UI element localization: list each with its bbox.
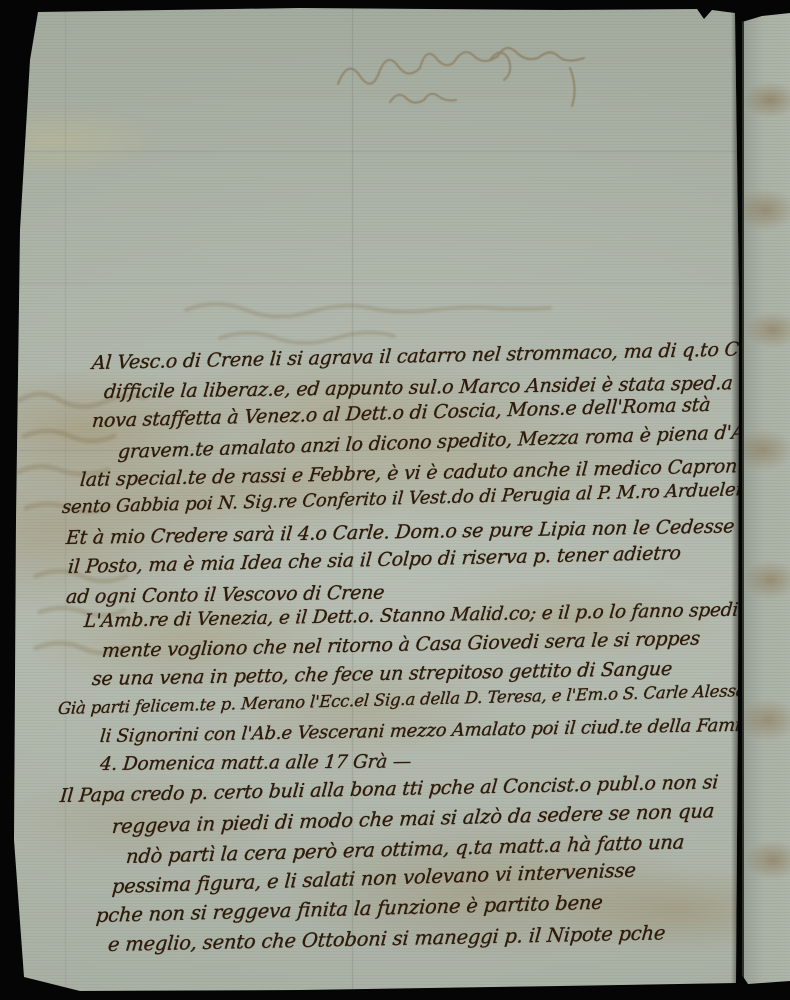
fold-crease-horizontal-upper bbox=[0, 150, 790, 153]
manuscript-line: pche non si reggeva finita la funzione è… bbox=[95, 891, 603, 927]
ink-bleedthrough-midpage bbox=[180, 290, 600, 350]
photographed-letter: Al Vesc.o di Crene li si agrava il catar… bbox=[0, 0, 790, 1000]
fold-edge-shadow bbox=[731, 8, 739, 990]
manuscript-line: 4. Domenica matt.a alle 17 Grà — bbox=[99, 751, 412, 775]
ink-bleedthrough-top bbox=[330, 38, 620, 118]
manuscript-line: li Signorini con l'Ab.e Vescerani mezzo … bbox=[99, 714, 769, 747]
manuscript-line: mente vogliono che nel ritorno à Casa Gi… bbox=[101, 627, 701, 662]
fold-crease-horizontal-middle bbox=[0, 282, 790, 285]
manuscript-line: e meglio, sento che Ottoboni si maneggi … bbox=[107, 921, 666, 956]
letter-page: Al Vesc.o di Crene li si agrava il catar… bbox=[0, 0, 790, 1000]
adjacent-page-edge bbox=[742, 0, 790, 1000]
manuscript-line: il Posto, ma è mia Idea che sia il Colpo… bbox=[67, 542, 682, 578]
manuscript-line: ad ogni Conto il Vescovo di Crene bbox=[65, 582, 385, 608]
